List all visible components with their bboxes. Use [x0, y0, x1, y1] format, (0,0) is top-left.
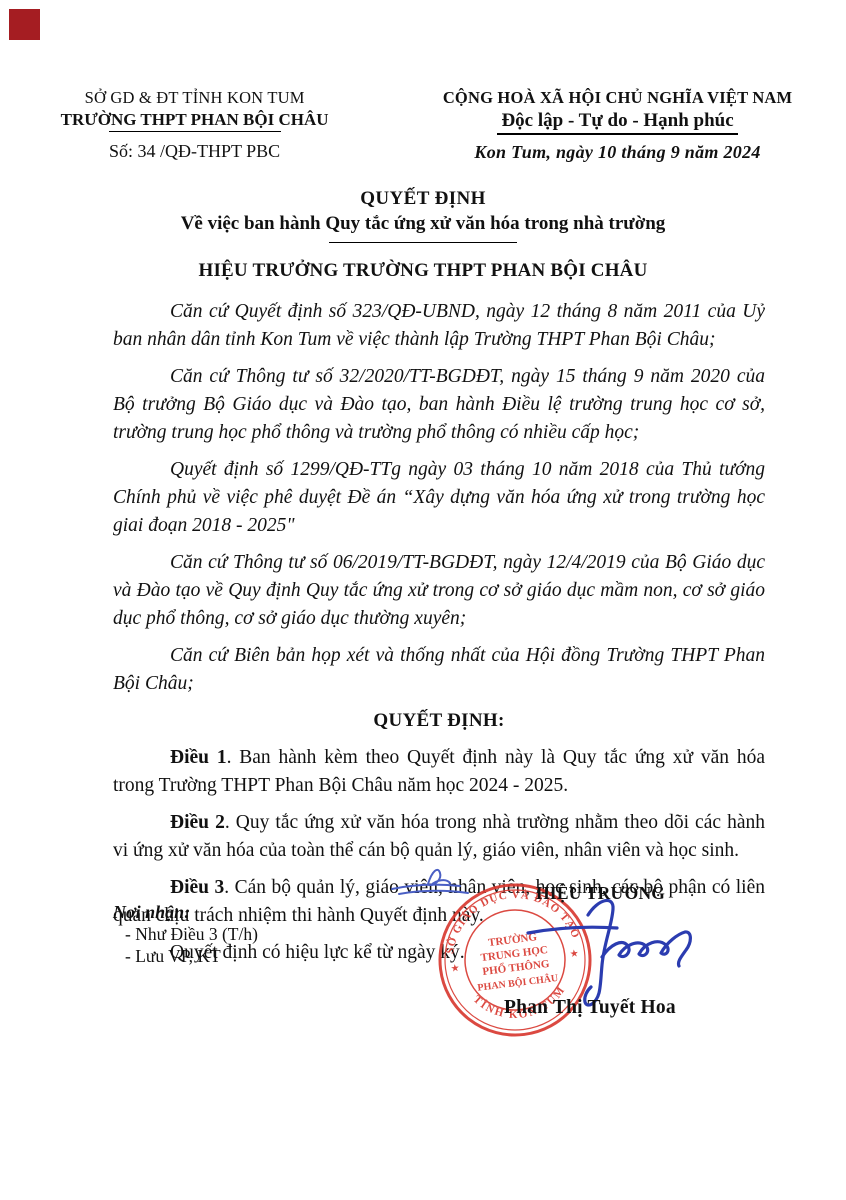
preamble-paragraph: Căn cứ Biên bản họp xét và thống nhất củ… [113, 642, 765, 698]
recipient-item: - Như Điều 3 (T/h) [125, 923, 258, 945]
department-name: SỞ GD & ĐT TỈNH KON TUM [0, 88, 389, 108]
signer-name: Phan Thị Tuyết Hoa [504, 997, 676, 1019]
recipient-item: - Lưu VP, KT [125, 945, 258, 967]
article-2-label: Điều 2 [170, 812, 225, 833]
title-rule [329, 242, 517, 243]
article-3-label: Điều 3 [170, 877, 224, 898]
recipients-label: Nơi nhận: [113, 901, 258, 923]
article-1-label: Điều 1 [170, 747, 227, 768]
initial-ink [386, 864, 484, 898]
preamble-paragraph: Căn cứ Thông tư số 32/2020/TT-BGDĐT, ngà… [113, 363, 765, 447]
preamble-paragraph: Căn cứ Thông tư số 06/2019/TT-BGDĐT, ngà… [113, 549, 765, 633]
decision-title: QUYẾT ĐỊNH [0, 188, 846, 210]
school-name-underline [109, 131, 281, 132]
article-1: Điều 1. Ban hành kèm theo Quyết định này… [113, 744, 765, 800]
recipients-block: Nơi nhận: - Như Điều 3 (T/h) - Lưu VP, K… [113, 901, 258, 967]
authority-line: HIỆU TRƯỞNG TRƯỜNG THPT PHAN BỘI CHÂU [0, 260, 846, 282]
decision-heading: QUYẾT ĐỊNH: [113, 707, 765, 735]
stamp-star-left-icon: ★ [450, 963, 460, 975]
preamble-paragraph: Căn cứ Quyết định số 323/QĐ-UBND, ngày 1… [113, 298, 765, 354]
preamble-paragraph: Quyết định số 1299/QĐ-TTg ngày 03 tháng … [113, 456, 765, 540]
title-block: QUYẾT ĐỊNH Về việc ban hành Quy tắc ứng … [0, 188, 846, 282]
document-page: SỞ GD & ĐT TỈNH KON TUM TRƯỜNG THPT PHAN… [0, 0, 846, 1200]
document-header: SỞ GD & ĐT TỈNH KON TUM TRƯỜNG THPT PHAN… [0, 0, 846, 163]
place-date-line: Kon Tum, ngày 10 tháng 9 năm 2024 [389, 142, 846, 163]
school-name: TRƯỜNG THPT PHAN BỘI CHÂU [0, 110, 389, 130]
article-2: Điều 2. Quy tắc ứng xử văn hóa trong nhà… [113, 809, 765, 865]
country-line: CỘNG HOÀ XÃ HỘI CHỦ NGHĨA VIỆT NAM [389, 88, 846, 108]
document-number: Số: 34 /QĐ-THPT PBC [0, 141, 389, 162]
decision-subject: Về việc ban hành Quy tắc ứng xử văn hóa … [0, 213, 846, 235]
national-heading-block: CỘNG HOÀ XÃ HỘI CHỦ NGHĨA VIỆT NAM Độc l… [389, 88, 846, 163]
motto-line: Độc lập - Tự do - Hạnh phúc [497, 110, 737, 135]
issuing-unit-block: SỞ GD & ĐT TỈNH KON TUM TRƯỜNG THPT PHAN… [0, 88, 389, 163]
red-corner-marker [9, 9, 40, 40]
